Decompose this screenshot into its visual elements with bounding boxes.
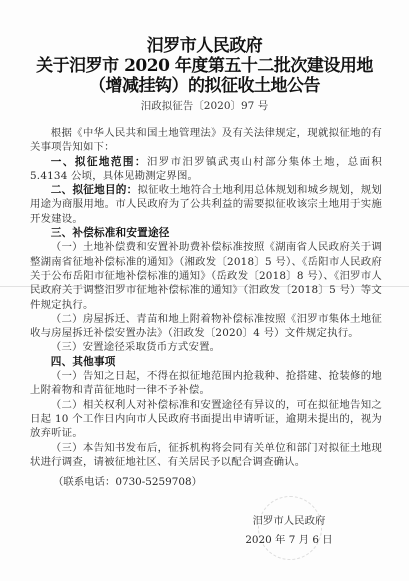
- title-line-3: （增减挂钩）的拟征收土地公告: [0, 76, 409, 96]
- section-4-item-3: （三）本告知书发布后，征拆机构将会同有关单位和部门对拟征土地现状进行调查，请被征…: [30, 441, 382, 470]
- notice-body: 根据《中华人民共和国土地管理法》及有关法律规定，现就拟征地的有关事项告知如下： …: [30, 126, 382, 469]
- contact-phone: （联系电话：0730-5259708）: [53, 473, 202, 488]
- document-number: 汨政拟征告〔2020〕97 号: [0, 98, 409, 113]
- section-1: 一、拟征地范围：汨罗市汨罗镇武夷山村部分集体土地，总面积 5.4134 公顷，具…: [30, 155, 382, 184]
- section-3-item-2: （二）房屋拆迁、青苗和地上附着物补偿标准按照《汨罗市集体土地征收与房屋拆迁补偿安…: [30, 312, 382, 341]
- section-4-item-2: （二）相关权利人对补偿标准和安置途径有异议的，可在拟征地告知之日起 10 个工作…: [30, 398, 382, 441]
- title-line-2: 关于汨罗市 2020 年度第五十二批次建设用地: [0, 56, 409, 76]
- section-2-heading: 二、拟征地目的：: [51, 184, 138, 196]
- section-3-item-1: （一）土地补偿费和安置补助费补偿标准按照《湖南省人民政府关于调整湖南省征地补偿标…: [30, 240, 382, 311]
- notice-page: 汨罗市人民政府 关于汨罗市 2020 年度第五十二批次建设用地 （增减挂钩）的拟…: [0, 0, 409, 581]
- section-1-heading: 一、拟征地范围：: [51, 156, 147, 168]
- official-seal-icon: [258, 496, 322, 560]
- section-4-heading: 四、其他事项: [51, 356, 116, 368]
- signature-issuer: 汨罗市人民政府: [244, 512, 334, 527]
- section-3: 三、补偿标准和安置途径: [30, 226, 382, 240]
- title-issuer: 汨罗市人民政府: [0, 36, 409, 56]
- section-4: 四、其他事项: [30, 355, 382, 369]
- section-3-item-3: （三）安置途径采取货币方式安置。: [30, 340, 382, 354]
- section-3-heading: 三、补偿标准和安置途径: [51, 227, 170, 239]
- section-2: 二、拟征地目的：拟征收土地符合土地利用总体规划和城乡规划，规划用途为商服用地。市…: [30, 183, 382, 226]
- signature-date: 2020 年 7 月 6 日: [244, 531, 334, 546]
- intro-paragraph: 根据《中华人民共和国土地管理法》及有关法律规定，现就拟征地的有关事项告知如下：: [30, 126, 382, 155]
- section-4-item-1: （一）告知之日起，不得在拟征地范围内抢栽种、抢搭建、抢装修的地上附着物和青苗征地…: [30, 369, 382, 398]
